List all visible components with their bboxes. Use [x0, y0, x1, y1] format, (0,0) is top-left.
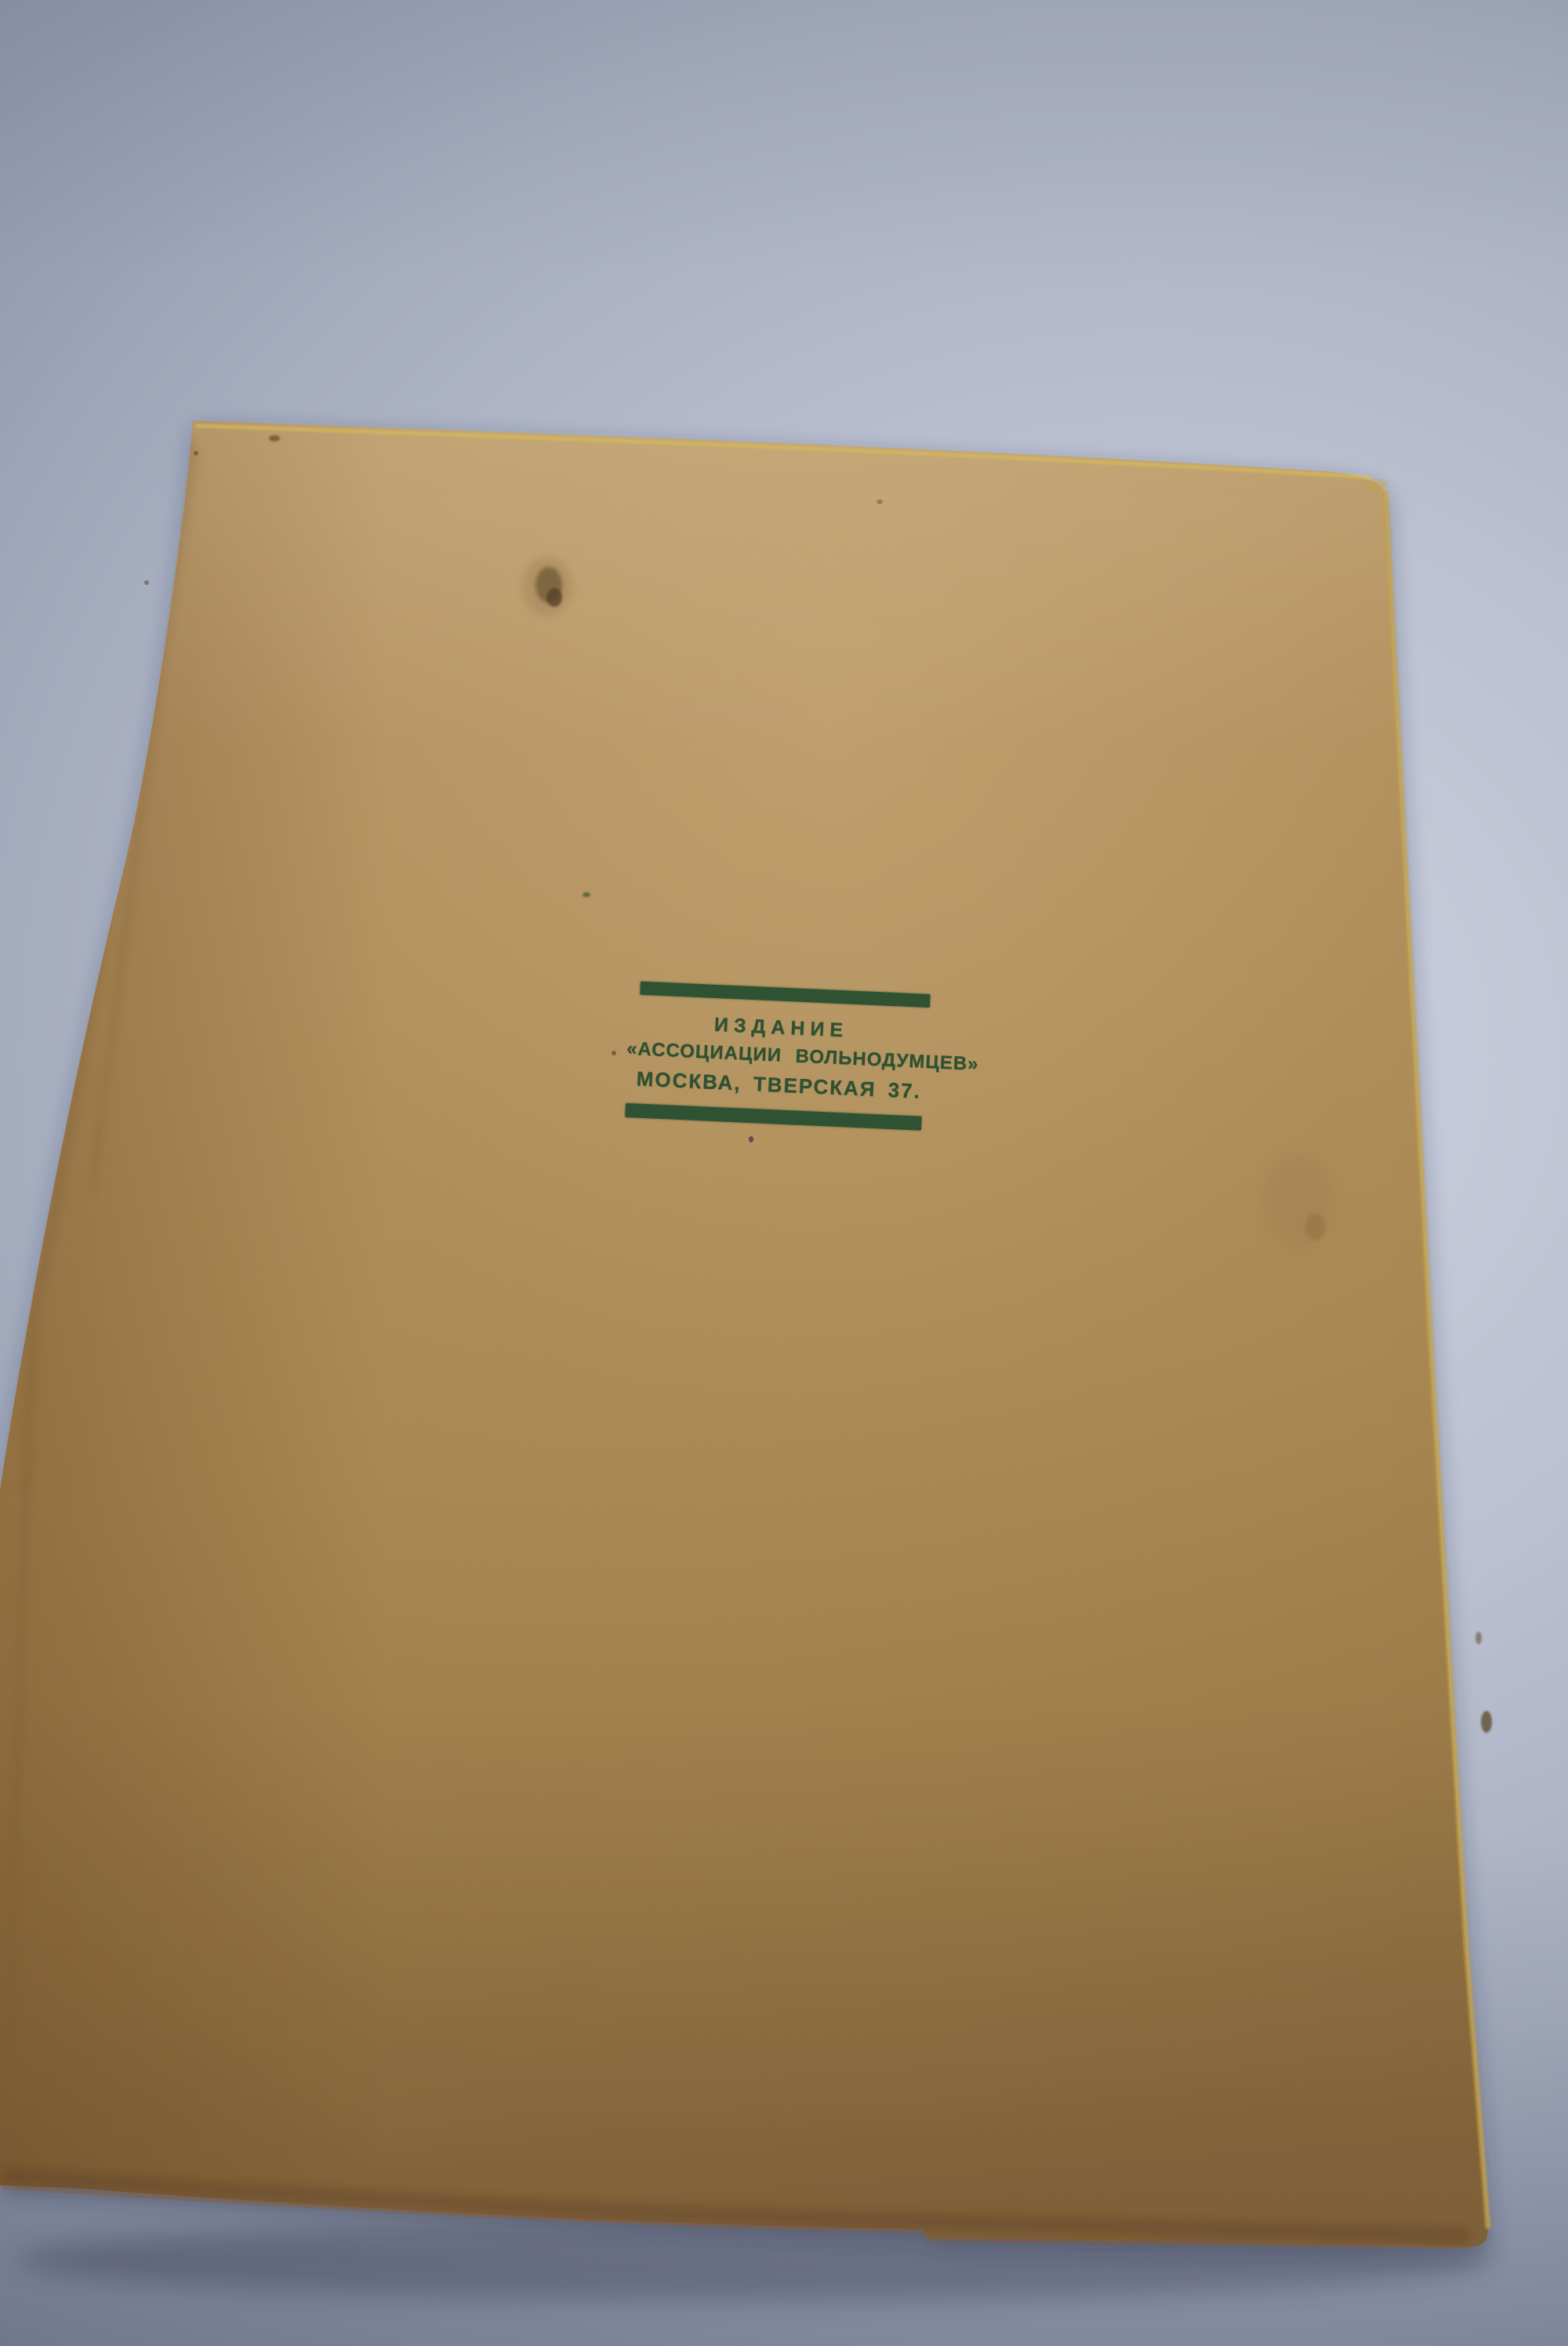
- stamp-line-association: «АССОЦИАЦИИ ВОЛЬНОДУМЦЕВ»: [626, 1040, 935, 1072]
- photo-scene: ИЗДАНИЕ «АССОЦИАЦИИ ВОЛЬНОДУМЦЕВ» МОСКВА…: [0, 0, 1568, 2346]
- book-photo: [0, 0, 1568, 2346]
- publisher-stamp: ИЗДАНИЕ «АССОЦИАЦИИ ВОЛЬНОДУМЦЕВ» МОСКВА…: [623, 981, 936, 1131]
- paper-grain: [0, 0, 1568, 2346]
- stamp-line-address: МОСКВА, ТВЕРСКАЯ 37.: [625, 1068, 933, 1102]
